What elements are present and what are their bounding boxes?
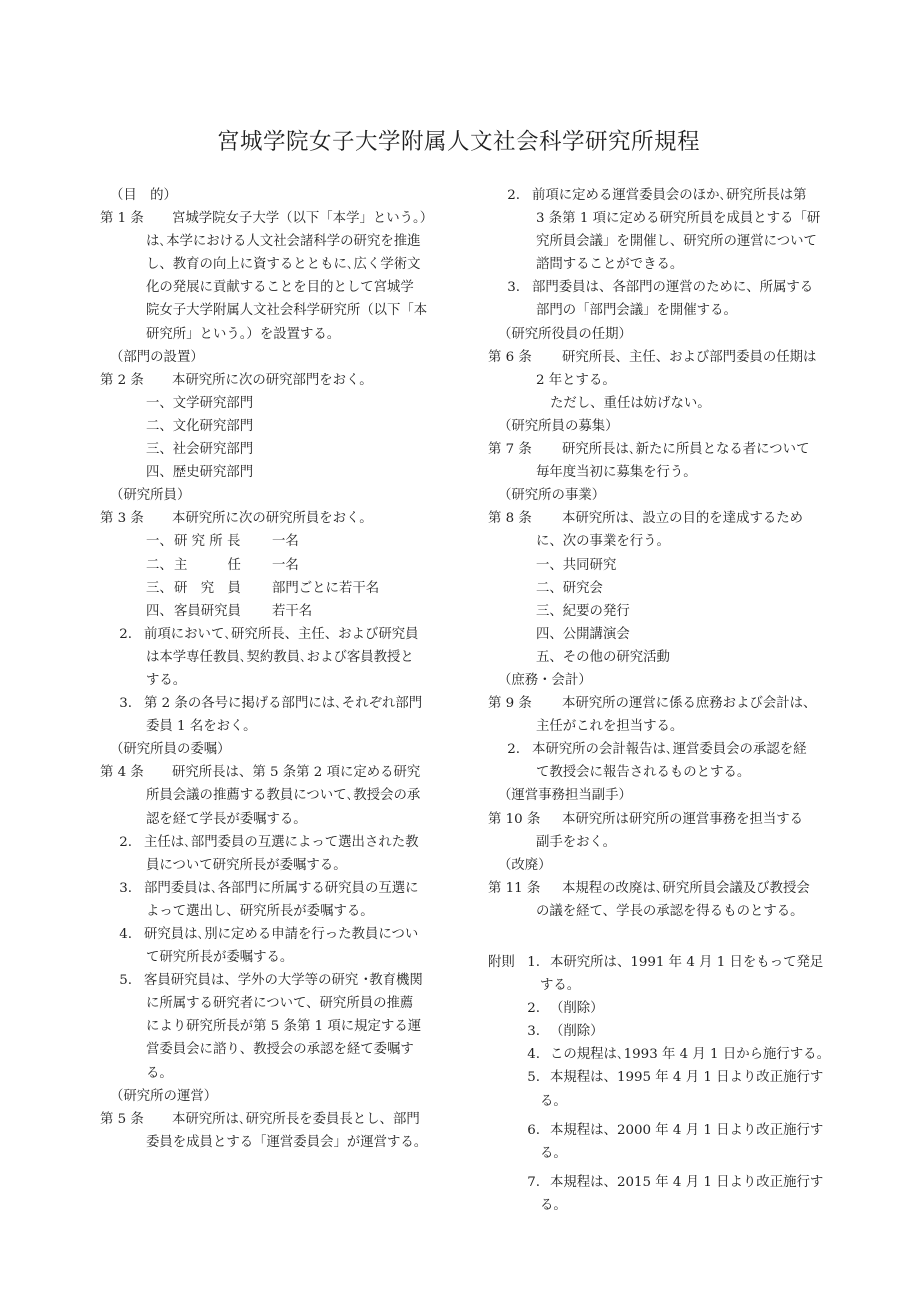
article-10-label: 第 10 条 [488,808,562,831]
item-count: 一名 [272,558,299,573]
article-7-line: 毎年度当初に募集を行う。 [488,461,838,484]
article-1-line: し、教育の向上に資するとともに､広く学術文 [100,253,450,276]
article-3-item: 一、研 究 所 長一名 [100,530,450,553]
article-8-label: 第 8 条 [488,507,562,530]
article-1-label: 第 1 条 [100,207,172,230]
item-number: 二、 [146,554,174,577]
article-3-paragraph-3: 3.第 2 条の各号に掲げる部門には､それぞれ部門 [100,692,450,715]
article-2-item: 三、社会研究部門 [100,438,450,461]
article-3-item: 三、研 究 員部門ごとに若干名 [100,577,450,600]
supplementary-number: 4. [526,1043,540,1066]
supplementary-number: 7. [526,1171,540,1194]
supplementary-text: （削除） [550,1001,604,1016]
article-5-caption: （研究所の運営） [100,1085,450,1108]
article-4-paragraph-3: 3.部門委員は､各部門に所属する研究員の互選に [100,877,450,900]
article-8-text: 本研究所は、設立の目的を達成するため [562,511,803,526]
paragraph-number: 4. [110,923,132,946]
supplementary-number: 3. [526,1020,540,1043]
article-4-text: 研究所長は、第 5 条第 2 項に定める研究 [172,765,420,780]
article-5-first-line: 第 5 条本研究所は､研究所長を委員長とし、部門 [100,1108,450,1131]
article-1-line: 院女子大学附属人文社会科学研究所（以下「本 [100,299,450,322]
article-7-caption: （研究所員の募集） [488,415,838,438]
article-8-item: 四、公開講演会 [488,623,838,646]
paragraph-line: 究所員会議」を開催し、研究所の運営について [488,230,838,253]
paragraph-number: 2. [498,738,520,761]
item-count: 部門ごとに若干名 [272,581,379,596]
article-4-caption: （研究所員の委嘱） [100,738,450,761]
paragraph-text: 本研究所の会計報告は､運営委員会の承認を経 [532,742,807,757]
article-4-paragraph-4: 4.研究員は､別に定める申請を行った教員につい [100,923,450,946]
article-9-text: 本研究所の運営に係る庶務および会計は、 [562,696,816,711]
paragraph-number: 3. [110,877,132,900]
supplementary-text: 本規程は、2015 年 4 月 1 日より改正施行す [550,1175,823,1190]
article-5-paragraph-2: 2.前項に定める運営委員会のほか､研究所長は第 [488,184,838,207]
supplementary-line: する。 [488,974,838,997]
supplementary-item-6: 6.本規程は、2000 年 4 月 1 日より改正施行す [488,1119,838,1142]
article-7-first-line: 第 7 条研究所長は､新たに所員となる者について [488,438,838,461]
paragraph-line: する。 [100,669,450,692]
paragraph-number: 3. [498,276,520,299]
article-3-label: 第 3 条 [100,507,172,530]
article-3-caption: （研究所員） [100,484,450,507]
article-4-line: 所員会議の推薦する教員について､教授会の承 [100,784,450,807]
supplementary-text: この規程は､1993 年 4 月 1 日から施行する。 [550,1047,830,1062]
article-1-text: 宮城学院女子大学（以下「本学」という。） [172,211,433,226]
supplementary-number: 2. [526,997,540,1020]
article-1-first-line: 第 1 条宮城学院女子大学（以下「本学」という。） [100,207,450,230]
article-7-text: 研究所長は､新たに所員となる者について [562,442,809,457]
paragraph-line: て研究所長が委嘱する。 [100,946,450,969]
article-1-caption: （目 的） [100,184,450,207]
supplementary-line: る。 [488,1142,838,1165]
supplementary-text: 本研究所は、1991 年 4 月 1 日をもって発足 [550,955,823,970]
left-column: （目 的） 第 1 条宮城学院女子大学（以下「本学」という。） は､本学における… [100,184,450,1154]
article-3-item: 四、客員研究員若干名 [100,600,450,623]
paragraph-text: 研究員は､別に定める申請を行った教員につい [144,927,418,942]
paragraph-line: 員について研究所長が委嘱する。 [100,854,450,877]
supplementary-line: る。 [488,1090,838,1113]
article-4-paragraph-2: 2.主任は､部門委員の互選によって選出された教 [100,831,450,854]
article-4-line: 認を経て学長が委嘱する。 [100,808,450,831]
paragraph-text: 前項において､研究所長、主任、および研究員 [144,627,419,642]
article-3-first-line: 第 3 条本研究所に次の研究所員をおく。 [100,507,450,530]
article-3-text: 本研究所に次の研究所員をおく。 [172,511,373,526]
item-number: 三、 [146,577,174,600]
article-4-first-line: 第 4 条研究所長は、第 5 条第 2 項に定める研究 [100,761,450,784]
paragraph-line: 3 条第 1 項に定める研究所員を成員とする「研 [488,207,838,230]
article-2-item: 四、歴史研究部門 [100,461,450,484]
article-9-label: 第 9 条 [488,692,562,715]
paragraph-text: 部門委員は、各部門の運営のために、所属する [532,280,813,295]
paragraph-line: よって選出し、研究所長が委嘱する。 [100,900,450,923]
article-6-caption: （研究所役員の任期） [488,323,838,346]
supplementary-label: 附則 [488,951,526,974]
article-11-caption: （改廃） [488,854,838,877]
article-9-first-line: 第 9 条本研究所の運営に係る庶務および会計は、 [488,692,838,715]
paragraph-line: る。 [100,1062,450,1085]
spacer [488,937,838,951]
article-4-paragraph-5: 5.客員研究員は、学外の大学等の研究 ･教育機関 [100,969,450,992]
article-8-first-line: 第 8 条本研究所は、設立の目的を達成するため [488,507,838,530]
article-1-line: 化の発展に貢献することを目的として宮城学 [100,276,450,299]
article-3-paragraph-2: 2.前項において､研究所長、主任、および研究員 [100,623,450,646]
item-role: 研 究 所 長 [174,530,272,553]
item-count: 若干名 [272,604,312,619]
article-11-line: の議を経て、学長の承認を得るものとする。 [488,900,838,923]
item-role: 主 任 [174,554,272,577]
paragraph-number: 2. [110,623,132,646]
item-role: 研 究 員 [174,577,272,600]
article-1-line: 研究所」という。）を設置する。 [100,323,450,346]
supplementary-number: 5. [526,1066,540,1089]
article-5-text: 本研究所は､研究所長を委員長とし、部門 [172,1112,420,1127]
paragraph-line: 部門の「部門会議」を開催する。 [488,299,838,322]
article-11-text: 本規程の改廃は､研究所員会議及び教授会 [562,881,810,896]
article-9-line: 主任がこれを担当する。 [488,715,838,738]
supplementary-text: 本規程は、1995 年 4 月 1 日より改正施行す [550,1070,823,1085]
paragraph-text: 客員研究員は、学外の大学等の研究 ･教育機関 [144,973,423,988]
article-6-proviso: ただし、重任は妨げない。 [488,392,838,415]
supplementary-item-1: 附則1.本研究所は、1991 年 4 月 1 日をもって発足 [488,951,838,974]
supplementary-item-3: 3.（削除） [488,1020,838,1043]
article-2-item: 一、文学研究部門 [100,392,450,415]
article-9-paragraph-2: 2.本研究所の会計報告は､運営委員会の承認を経 [488,738,838,761]
supplementary-number: 6. [526,1119,540,1142]
supplementary-item-5: 5.本規程は、1995 年 4 月 1 日より改正施行す [488,1066,838,1089]
article-10-caption: （運営事務担当副手） [488,784,838,807]
document-title: 宮城学院女子大学附属人文社会科学研究所規程 [0,124,917,156]
article-11-first-line: 第 11 条本規程の改廃は､研究所員会議及び教授会 [488,877,838,900]
article-8-item: 一、共同研究 [488,554,838,577]
article-2-item: 二、文化研究部門 [100,415,450,438]
article-10-line: 副手をおく。 [488,831,838,854]
supplementary-line: る。 [488,1194,838,1217]
article-7-label: 第 7 条 [488,438,562,461]
article-1-line: は､本学における人文社会諸科学の研究を推進 [100,230,450,253]
supplementary-number: 1. [526,951,540,974]
article-10-text: 本研究所は研究所の運営事務を担当する [562,812,803,827]
paragraph-text: 前項に定める運営委員会のほか､研究所長は第 [532,188,807,203]
spacer [488,923,838,937]
article-2-text: 本研究所に次の研究部門をおく。 [172,373,373,388]
paragraph-line: 委員 1 名をおく。 [100,715,450,738]
supplementary-item-2: 2.（削除） [488,997,838,1020]
right-column: 2.前項に定める運営委員会のほか､研究所長は第 3 条第 1 項に定める研究所員… [488,184,838,1217]
item-number: 四、 [146,600,174,623]
article-4-label: 第 4 条 [100,761,172,784]
article-5-line: 委員を成員とする「運営委員会」が運営する。 [100,1131,450,1154]
article-6-text: 研究所長、主任、および部門委員の任期は [562,350,816,365]
article-11-label: 第 11 条 [488,877,562,900]
article-6-line: 2 年とする。 [488,369,838,392]
article-5-label: 第 5 条 [100,1108,172,1131]
article-8-caption: （研究所の事業） [488,484,838,507]
article-9-caption: （庶務・会計） [488,669,838,692]
article-8-item: 三、紀要の発行 [488,600,838,623]
paragraph-number: 2. [110,831,132,854]
item-role: 客員研究員 [174,600,272,623]
supplementary-item-4: 4.この規程は､1993 年 4 月 1 日から施行する。 [488,1043,838,1066]
paragraph-line: により研究所長が第 5 条第 1 項に規定する運 [100,1015,450,1038]
article-6-label: 第 6 条 [488,346,562,369]
paragraph-line: 諮問することができる。 [488,253,838,276]
article-5-paragraph-3: 3.部門委員は、各部門の運営のために、所属する [488,276,838,299]
supplementary-item-7: 7.本規程は、2015 年 4 月 1 日より改正施行す [488,1171,838,1194]
item-count: 一名 [272,534,299,549]
paragraph-text: 部門委員は､各部門に所属する研究員の互選に [144,881,419,896]
article-2-caption: （部門の設置） [100,346,450,369]
article-8-item: 五、その他の研究活動 [488,646,838,669]
article-10-first-line: 第 10 条本研究所は研究所の運営事務を担当する [488,808,838,831]
paragraph-text: 第 2 条の各号に掲げる部門には､それぞれ部門 [144,696,422,711]
paragraph-line: 営委員会に諮り、教授会の承認を経て委嘱す [100,1038,450,1061]
paragraph-text: 主任は､部門委員の互選によって選出された教 [144,835,419,850]
article-8-item: 二、研究会 [488,577,838,600]
article-6-first-line: 第 6 条研究所長、主任、および部門委員の任期は [488,346,838,369]
paragraph-number: 2. [498,184,520,207]
paragraph-number: 3. [110,692,132,715]
supplementary-text: 本規程は、2000 年 4 月 1 日より改正施行す [550,1123,823,1138]
paragraph-line: て教授会に報告されるものとする。 [488,761,838,784]
paragraph-line: に所属する研究者について、研究所員の推薦 [100,992,450,1015]
paragraph-number: 5. [110,969,132,992]
article-2-first-line: 第 2 条本研究所に次の研究部門をおく。 [100,369,450,392]
item-number: 一、 [146,530,174,553]
article-3-item: 二、主 任一名 [100,554,450,577]
article-2-label: 第 2 条 [100,369,172,392]
supplementary-text: （削除） [550,1024,604,1039]
paragraph-line: は本学専任教員､契約教員､および客員教授と [100,646,450,669]
article-8-line: に、次の事業を行う。 [488,530,838,553]
